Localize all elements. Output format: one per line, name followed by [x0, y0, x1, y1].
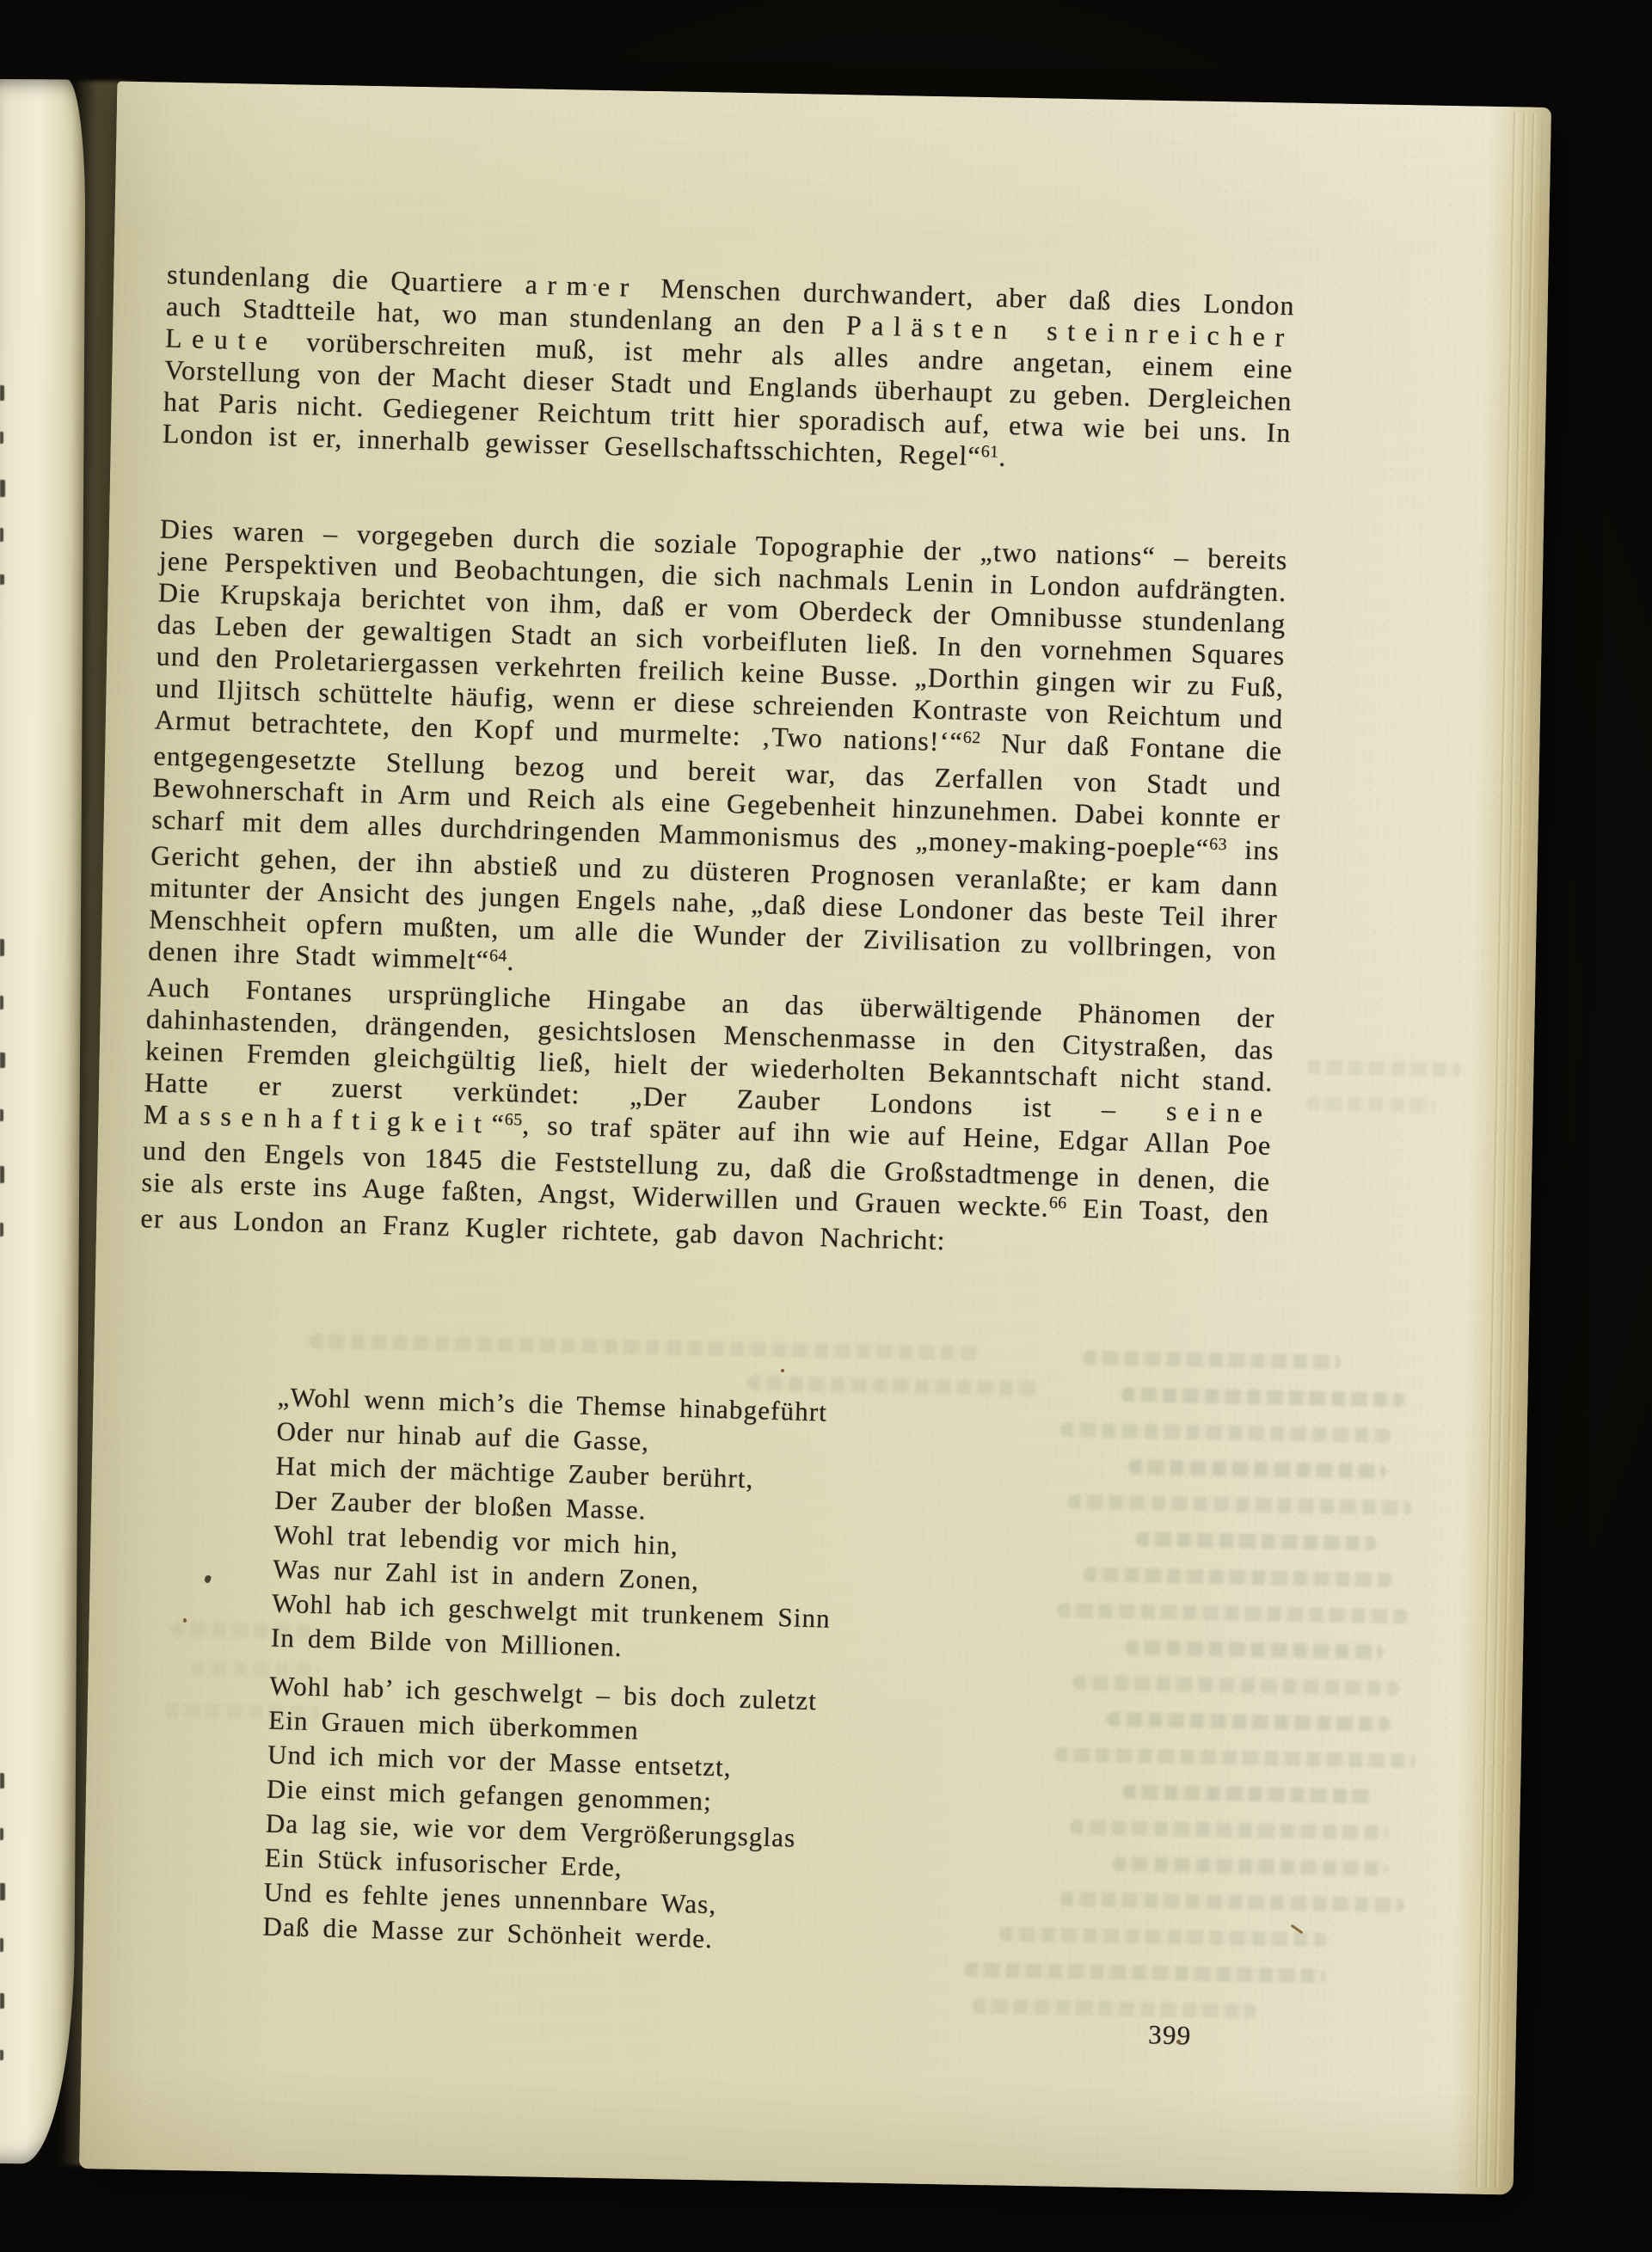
footnote-marker: 65 [505, 1110, 523, 1130]
paragraph: Auch Fontanes ursprüngliche Hingabe an d… [138, 971, 1275, 1352]
fore-edge-page-stack [1471, 112, 1543, 2188]
footnote-marker: 64 [489, 947, 507, 966]
facing-page-text-fragment [0, 1938, 3, 1952]
facing-page-text-fragment [0, 480, 5, 497]
page-number: 399 [118, 1990, 1247, 2053]
footnote-marker: 62 [963, 728, 981, 748]
poem-stanza: „Wohl wenn mich’s die Themse hinabgeführ… [270, 1380, 1263, 1683]
poem-toast-quotation: „Wohl wenn mich’s die Themse hinabgeführ… [262, 1380, 1264, 1972]
body-paragraphs: stundenlang die Quartiere armer Menschen… [138, 259, 1295, 1353]
facing-page-text-fragment [0, 574, 4, 585]
footnote-marker: 61 [980, 443, 998, 463]
paragraph: stundenlang die Quartiere armer Menschen… [160, 259, 1295, 545]
facing-page-text-fragment [0, 1109, 3, 1121]
facing-page-text-fragment [0, 1773, 4, 1789]
show-through-smudge [1306, 1095, 1435, 1113]
facing-page-text-fragment [0, 432, 3, 444]
facing-page-text-fragment [0, 1223, 3, 1236]
facing-page-text-fragment [0, 1166, 4, 1183]
facing-page-text-fragment [0, 996, 3, 1009]
paragraph: Dies waren – vorgegeben durch die sozial… [147, 512, 1287, 1002]
facing-page-text-fragment [0, 1828, 3, 1840]
show-through-smudge [1306, 1059, 1461, 1077]
book-page: stundenlang die Quartiere armer Menschen… [79, 81, 1551, 2194]
facing-page-text-fragment [0, 1993, 4, 2009]
facing-page-text-fragment [0, 528, 3, 542]
facing-page-text-fragment [0, 939, 4, 956]
poem-stanza: Wohl hab’ ich geschwelgt – bis doch zule… [262, 1669, 1256, 1972]
facing-page-text-fragment [0, 2050, 3, 2060]
book-scan-photo: stundenlang die Quartiere armer Menschen… [0, 0, 1652, 2252]
footnote-marker: 63 [1209, 835, 1227, 855]
page-text-block: stundenlang die Quartiere armer Menschen… [118, 259, 1295, 2053]
footnote-marker: 66 [1049, 1193, 1067, 1213]
facing-page-text-fragment [0, 1883, 5, 1900]
facing-page-text-fragment [0, 385, 4, 401]
facing-page-text-fragment [0, 1052, 5, 1068]
